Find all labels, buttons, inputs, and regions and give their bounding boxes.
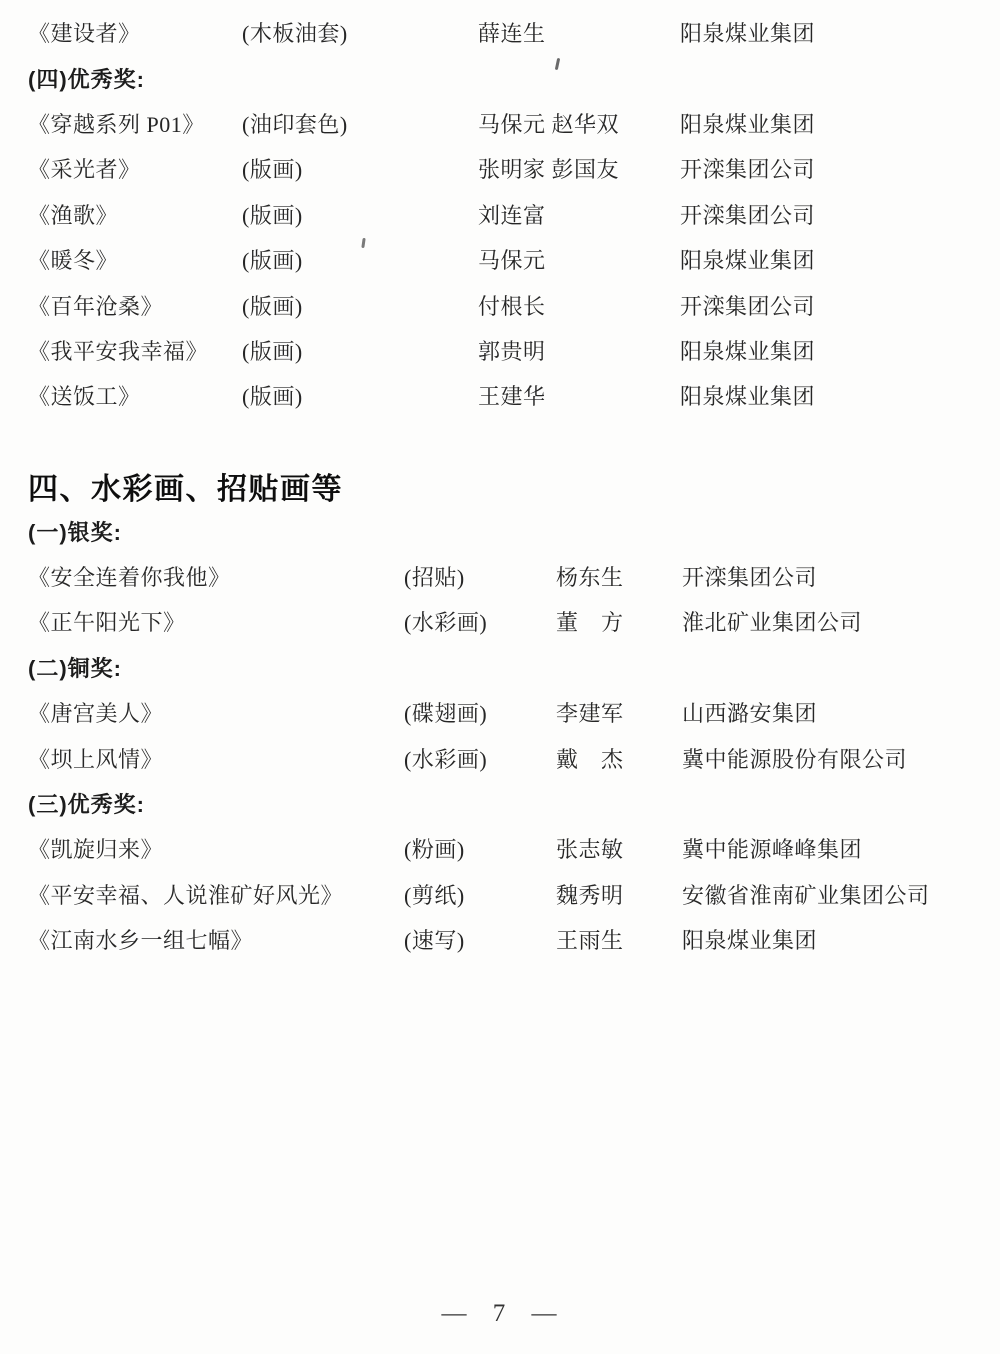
award-entry-row: 《暖冬》(版画)马保元阳泉煤业集团: [28, 237, 980, 282]
artwork-medium: (粉画): [404, 833, 556, 864]
artwork-medium: (版画): [242, 199, 478, 230]
artwork-authors: 张明家 彭国友: [478, 153, 680, 184]
award-entry-row: 《正午阳光下》(水彩画)董 方淮北矿业集团公司: [28, 599, 980, 644]
award-rows-section-0: 《建设者》(木板油套)薛连生阳泉煤业集团(四)优秀奖:《穿越系列 P01》(油印…: [28, 10, 980, 419]
artwork-authors: 马保元: [478, 244, 680, 275]
artwork-authors: 董 方: [556, 606, 682, 637]
award-entry-row: 《凯旋归来》(粉画)张志敏冀中能源峰峰集团: [28, 826, 980, 871]
artwork-medium: (速写): [404, 924, 556, 955]
artwork-title: 《坝上风情》: [28, 743, 404, 774]
award-tier-label: (四)优秀奖:: [28, 63, 145, 94]
award-entry-row: 《我平安我幸福》(版画)郭贵明阳泉煤业集团: [28, 328, 980, 373]
document-body: 《建设者》(木板油套)薛连生阳泉煤业集团(四)优秀奖:《穿越系列 P01》(油印…: [28, 10, 980, 962]
artwork-organization: 阳泉煤业集团: [680, 17, 980, 48]
award-entry-row: 《坝上风情》(水彩画)戴 杰冀中能源股份有限公司: [28, 735, 980, 780]
artwork-authors: 刘连富: [478, 199, 680, 230]
award-entry-row: 《采光者》(版画)张明家 彭国友开滦集团公司: [28, 146, 980, 191]
artwork-medium: (油印套色): [242, 108, 478, 139]
artwork-medium: (水彩画): [404, 743, 556, 774]
artwork-title: 《平安幸福、人说淮矿好风光》: [28, 879, 404, 910]
award-entry-row: 《渔歌》(版画)刘连富开滦集团公司: [28, 192, 980, 237]
award-entry-row: 《建设者》(木板油套)薛连生阳泉煤业集团: [28, 10, 980, 55]
artwork-title: 《建设者》: [28, 17, 242, 48]
award-tier-subheading: (三)优秀奖:: [28, 781, 980, 826]
artwork-title: 《凯旋归来》: [28, 833, 404, 864]
artwork-authors: 付根长: [478, 290, 680, 321]
artwork-authors: 王雨生: [556, 924, 682, 955]
artwork-authors: 李建军: [556, 697, 682, 728]
page-number: — 7 —: [0, 1300, 1000, 1328]
section-print-awards-continuation: 《建设者》(木板油套)薛连生阳泉煤业集团(四)优秀奖:《穿越系列 P01》(油印…: [28, 10, 980, 419]
artwork-medium: (木板油套): [242, 17, 478, 48]
artwork-organization: 开滦集团公司: [680, 153, 980, 184]
artwork-medium: (版画): [242, 290, 478, 321]
artwork-medium: (碟翅画): [404, 697, 556, 728]
artwork-title: 《渔歌》: [28, 199, 242, 230]
award-entry-row: 《平安幸福、人说淮矿好风光》(剪纸)魏秀明安徽省淮南矿业集团公司: [28, 872, 980, 917]
artwork-organization: 阳泉煤业集团: [680, 108, 980, 139]
award-rows-section-1: (一)银奖:《安全连着你我他》(招贴)杨东生开滦集团公司《正午阳光下》(水彩画)…: [28, 509, 980, 963]
artwork-title: 《送饭工》: [28, 380, 242, 411]
artwork-organization: 阳泉煤业集团: [680, 380, 980, 411]
artwork-authors: 马保元 赵华双: [478, 108, 680, 139]
artwork-organization: 开滦集团公司: [680, 290, 980, 321]
section-heading-watercolor-poster: 四、水彩画、招贴画等: [28, 464, 980, 509]
artwork-title: 《江南水乡一组七幅》: [28, 924, 404, 955]
artwork-authors: 王建华: [478, 380, 680, 411]
artwork-medium: (招贴): [404, 561, 556, 592]
artwork-authors: 杨东生: [556, 561, 682, 592]
artwork-organization: 开滦集团公司: [680, 199, 980, 230]
artwork-organization: 冀中能源股份有限公司: [682, 743, 980, 774]
document-page: 《建设者》(木板油套)薛连生阳泉煤业集团(四)优秀奖:《穿越系列 P01》(油印…: [0, 0, 1000, 1354]
artwork-medium: (版画): [242, 244, 478, 275]
artwork-authors: 戴 杰: [556, 743, 682, 774]
artwork-authors: 魏秀明: [556, 879, 682, 910]
artwork-title: 《唐宫美人》: [28, 697, 404, 728]
artwork-organization: 开滦集团公司: [682, 561, 980, 592]
award-tier-label: (三)优秀奖:: [28, 788, 145, 819]
artwork-title: 《采光者》: [28, 153, 242, 184]
award-entry-row: 《送饭工》(版画)王建华阳泉煤业集团: [28, 373, 980, 418]
award-tier-subheading: (二)铜奖:: [28, 645, 980, 690]
artwork-organization: 山西潞安集团: [682, 697, 980, 728]
artwork-authors: 张志敏: [556, 833, 682, 864]
artwork-title: 《百年沧桑》: [28, 290, 242, 321]
artwork-organization: 冀中能源峰峰集团: [682, 833, 980, 864]
award-tier-subheading: (四)优秀奖:: [28, 55, 980, 100]
award-entry-row: 《唐宫美人》(碟翅画)李建军山西潞安集团: [28, 690, 980, 735]
award-tier-label: (二)铜奖:: [28, 652, 122, 683]
artwork-title: 《我平安我幸福》: [28, 335, 242, 366]
artwork-medium: (水彩画): [404, 606, 556, 637]
artwork-title: 《安全连着你我他》: [28, 561, 404, 592]
artwork-medium: (剪纸): [404, 879, 556, 910]
artwork-organization: 阳泉煤业集团: [682, 924, 980, 955]
artwork-organization: 淮北矿业集团公司: [682, 606, 980, 637]
artwork-medium: (版画): [242, 380, 478, 411]
artwork-organization: 安徽省淮南矿业集团公司: [682, 879, 980, 910]
artwork-authors: 薛连生: [478, 17, 680, 48]
award-tier-label: (一)银奖:: [28, 516, 122, 547]
artwork-organization: 阳泉煤业集团: [680, 244, 980, 275]
artwork-organization: 阳泉煤业集团: [680, 335, 980, 366]
artwork-title: 《暖冬》: [28, 244, 242, 275]
artwork-authors: 郭贵明: [478, 335, 680, 366]
artwork-medium: (版画): [242, 335, 478, 366]
award-tier-subheading: (一)银奖:: [28, 509, 980, 554]
award-entry-row: 《安全连着你我他》(招贴)杨东生开滦集团公司: [28, 554, 980, 599]
award-entry-row: 《百年沧桑》(版画)付根长开滦集团公司: [28, 282, 980, 327]
artwork-title: 《穿越系列 P01》: [28, 108, 242, 139]
artwork-title: 《正午阳光下》: [28, 606, 404, 637]
section-watercolor-poster-awards: (一)银奖:《安全连着你我他》(招贴)杨东生开滦集团公司《正午阳光下》(水彩画)…: [28, 509, 980, 963]
award-entry-row: 《穿越系列 P01》(油印套色)马保元 赵华双阳泉煤业集团: [28, 101, 980, 146]
artwork-medium: (版画): [242, 153, 478, 184]
award-entry-row: 《江南水乡一组七幅》(速写)王雨生阳泉煤业集团: [28, 917, 980, 962]
